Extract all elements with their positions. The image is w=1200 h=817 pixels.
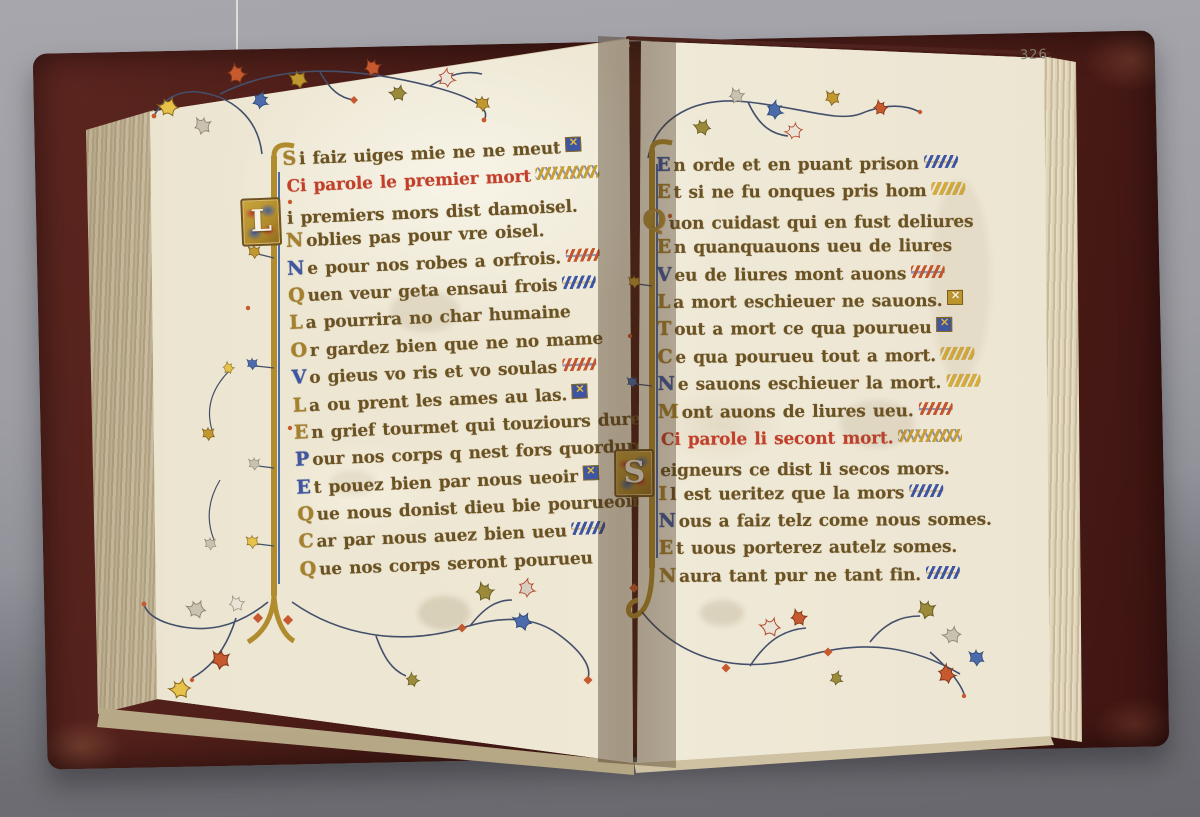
hanging-thread: [236, 0, 238, 50]
manuscript-line: En orde et en puant prison: [656, 150, 989, 180]
line-filler: [562, 357, 597, 371]
line-text: ous a faiz telz come nous somes.: [679, 510, 992, 532]
line-text: aura tant pur ne tant fin.: [679, 565, 921, 587]
show-through-smudge: [840, 400, 914, 448]
line-initial: S: [282, 147, 296, 170]
show-through-smudge: [700, 600, 744, 626]
manuscript-line: Seigneurs ce dist li secos mors.: [658, 451, 991, 481]
line-filler: [572, 383, 589, 399]
line-filler: [582, 465, 599, 481]
show-through-smudge: [330, 470, 376, 496]
line-text: n quanquauons ueu de liures: [674, 236, 952, 258]
show-through-smudge: [390, 290, 460, 332]
line-text: uon cuidast qui en fust deliures: [669, 212, 974, 234]
photo-background: Si faiz uiges mie ne ne meut Ci parole l…: [0, 0, 1200, 817]
line-initial: Q: [299, 558, 316, 581]
line-text: e qua pourueu tout a mort.: [675, 346, 936, 368]
line-text: n orde et en puant prison: [673, 154, 918, 176]
line-text: t si ne fu onques pris hom: [674, 182, 927, 204]
manuscript-line: Il est ueritez que la mors: [658, 478, 991, 508]
line-initial: L: [289, 312, 303, 335]
line-filler: [918, 401, 952, 414]
line-initial: E: [294, 421, 309, 444]
line-initial: V: [291, 366, 306, 389]
show-through-smudge: [930, 180, 990, 380]
show-through-smudge: [418, 596, 470, 630]
line-filler: [924, 155, 958, 168]
line-text: eu de liures mont auons: [674, 264, 906, 286]
line-text: out a mort ce qua pourueu: [674, 318, 931, 340]
line-initial: Q: [288, 284, 305, 307]
line-initial: L: [240, 197, 282, 247]
line-filler: [926, 566, 960, 579]
line-filler: [565, 136, 582, 152]
line-initial: N: [286, 229, 304, 252]
line-initial: O: [290, 339, 307, 362]
line-initial: E: [296, 476, 311, 499]
line-filler: [536, 165, 600, 181]
line-initial: L: [292, 394, 306, 417]
line-text: eigneurs ce dist li secos mors.: [660, 459, 950, 481]
line-initial: C: [298, 531, 314, 554]
line-filler: [562, 275, 597, 289]
manuscript-line: Mont auons de liures ueu.: [658, 396, 991, 426]
line-text: e sauons eschieuer la mort.: [678, 373, 941, 395]
manuscript-line: Ci parole li secont mort.: [658, 424, 991, 454]
manuscript-line: Naura tant pur ne tant fin.: [659, 561, 992, 591]
line-initial: Q: [297, 503, 314, 526]
line-text: a mort eschieuer ne sauons.: [673, 291, 942, 313]
manuscript-line: Ne sauons eschieuer la mort.: [658, 369, 991, 399]
line-initial: [283, 175, 284, 197]
line-text: t uous porterez autelz somes.: [676, 537, 957, 559]
line-initial: P: [295, 448, 310, 471]
manuscript-line: Et uous porterez autelz somes.: [659, 533, 992, 563]
line-text: l est ueritez que la mors: [670, 483, 904, 505]
manuscript-line: Nous a faiz telz come nous somes.: [658, 506, 991, 536]
line-filler: [909, 484, 943, 497]
folio-number: 326.: [1020, 46, 1080, 63]
line-initial: N: [287, 257, 305, 280]
manuscript-line: Et si ne fu onques pris hom: [656, 177, 989, 207]
line-filler: [565, 247, 600, 261]
